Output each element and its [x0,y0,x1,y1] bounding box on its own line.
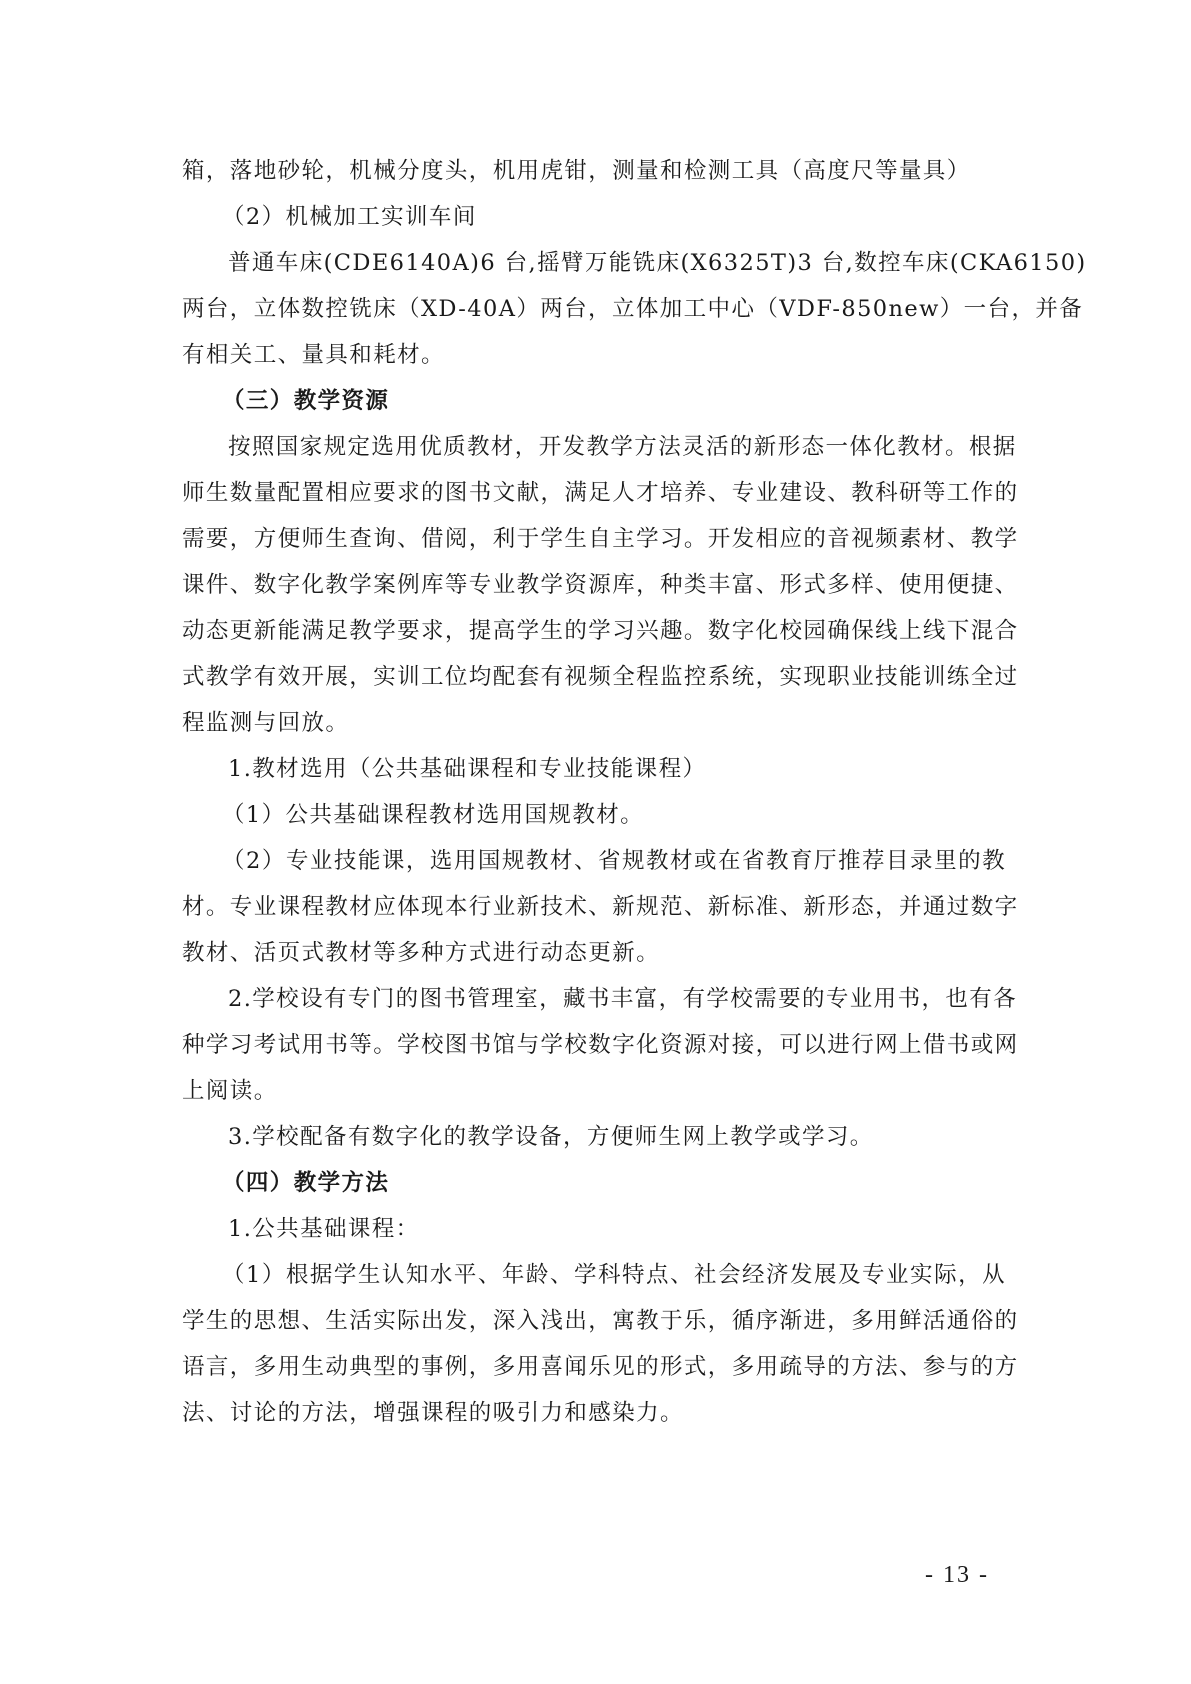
paragraph-line: 程监测与回放。 [182,700,1006,746]
paragraph-line: 1.教材选用（公共基础课程和专业技能课程） [182,746,1006,792]
paragraph-line: 箱，落地砂轮，机械分度头，机用虎钳，测量和检测工具（高度尺等量具） [182,148,1006,194]
section-heading: （三）教学资源 [182,378,1006,424]
paragraph-line: 普通车床(CDE6140A)6 台,摇臂万能铣床(X6325T)3 台,数控车床… [182,240,1006,286]
paragraph-line: （2）专业技能课，选用国规教材、省规教材或在省教育厅推荐目录里的教 [182,838,1006,884]
paragraph-line: 两台，立体数控铣床（XD-40A）两台，立体加工中心（VDF-850new）一台… [182,286,1006,332]
paragraph-line: 学生的思想、生活实际出发，深入浅出，寓教于乐，循序渐进，多用鲜活通俗的 [182,1298,1006,1344]
paragraph-line: 式教学有效开展，实训工位均配套有视频全程监控系统，实现职业技能训练全过 [182,654,1006,700]
paragraph-line: （1）根据学生认知水平、年龄、学科特点、社会经济发展及专业实际，从 [182,1252,1006,1298]
paragraph-line: 1.公共基础课程： [182,1206,1006,1252]
section-heading: （四）教学方法 [182,1160,1006,1206]
paragraph-line: 师生数量配置相应要求的图书文献，满足人才培养、专业建设、教科研等工作的 [182,470,1006,516]
paragraph-line: 动态更新能满足教学要求，提高学生的学习兴趣。数字化校园确保线上线下混合 [182,608,1006,654]
paragraph-line: 2.学校设有专门的图书管理室，藏书丰富，有学校需要的专业用书，也有各 [182,976,1006,1022]
paragraph-line: （2）机械加工实训车间 [182,194,1006,240]
paragraph-line: 需要，方便师生查询、借阅，利于学生自主学习。开发相应的音视频素材、教学 [182,516,1006,562]
paragraph-line: （1）公共基础课程教材选用国规教材。 [182,792,1006,838]
paragraph-line: 上阅读。 [182,1068,1006,1114]
paragraph-line: 教材、活页式教材等多种方式进行动态更新。 [182,930,1006,976]
paragraph-line: 语言，多用生动典型的事例，多用喜闻乐见的形式，多用疏导的方法、参与的方 [182,1344,1006,1390]
paragraph-line: 法、讨论的方法，增强课程的吸引力和感染力。 [182,1390,1006,1436]
paragraph-line: 按照国家规定选用优质教材，开发教学方法灵活的新形态一体化教材。根据 [182,424,1006,470]
paragraph-line: 3.学校配备有数字化的教学设备，方便师生网上教学或学习。 [182,1114,1006,1160]
paragraph-line: 有相关工、量具和耗材。 [182,332,1006,378]
paragraph-line: 种学习考试用书等。学校图书馆与学校数字化资源对接，可以进行网上借书或网 [182,1022,1006,1068]
paragraph-line: 课件、数字化教学案例库等专业教学资源库，种类丰富、形式多样、使用便捷、 [182,562,1006,608]
page-number: - 13 - [925,1562,989,1589]
paragraph-line: 材。专业课程教材应体现本行业新技术、新规范、新标准、新形态，并通过数字 [182,884,1006,930]
document-page: 箱，落地砂轮，机械分度头，机用虎钳，测量和检测工具（高度尺等量具）（2）机械加工… [182,148,1006,1436]
